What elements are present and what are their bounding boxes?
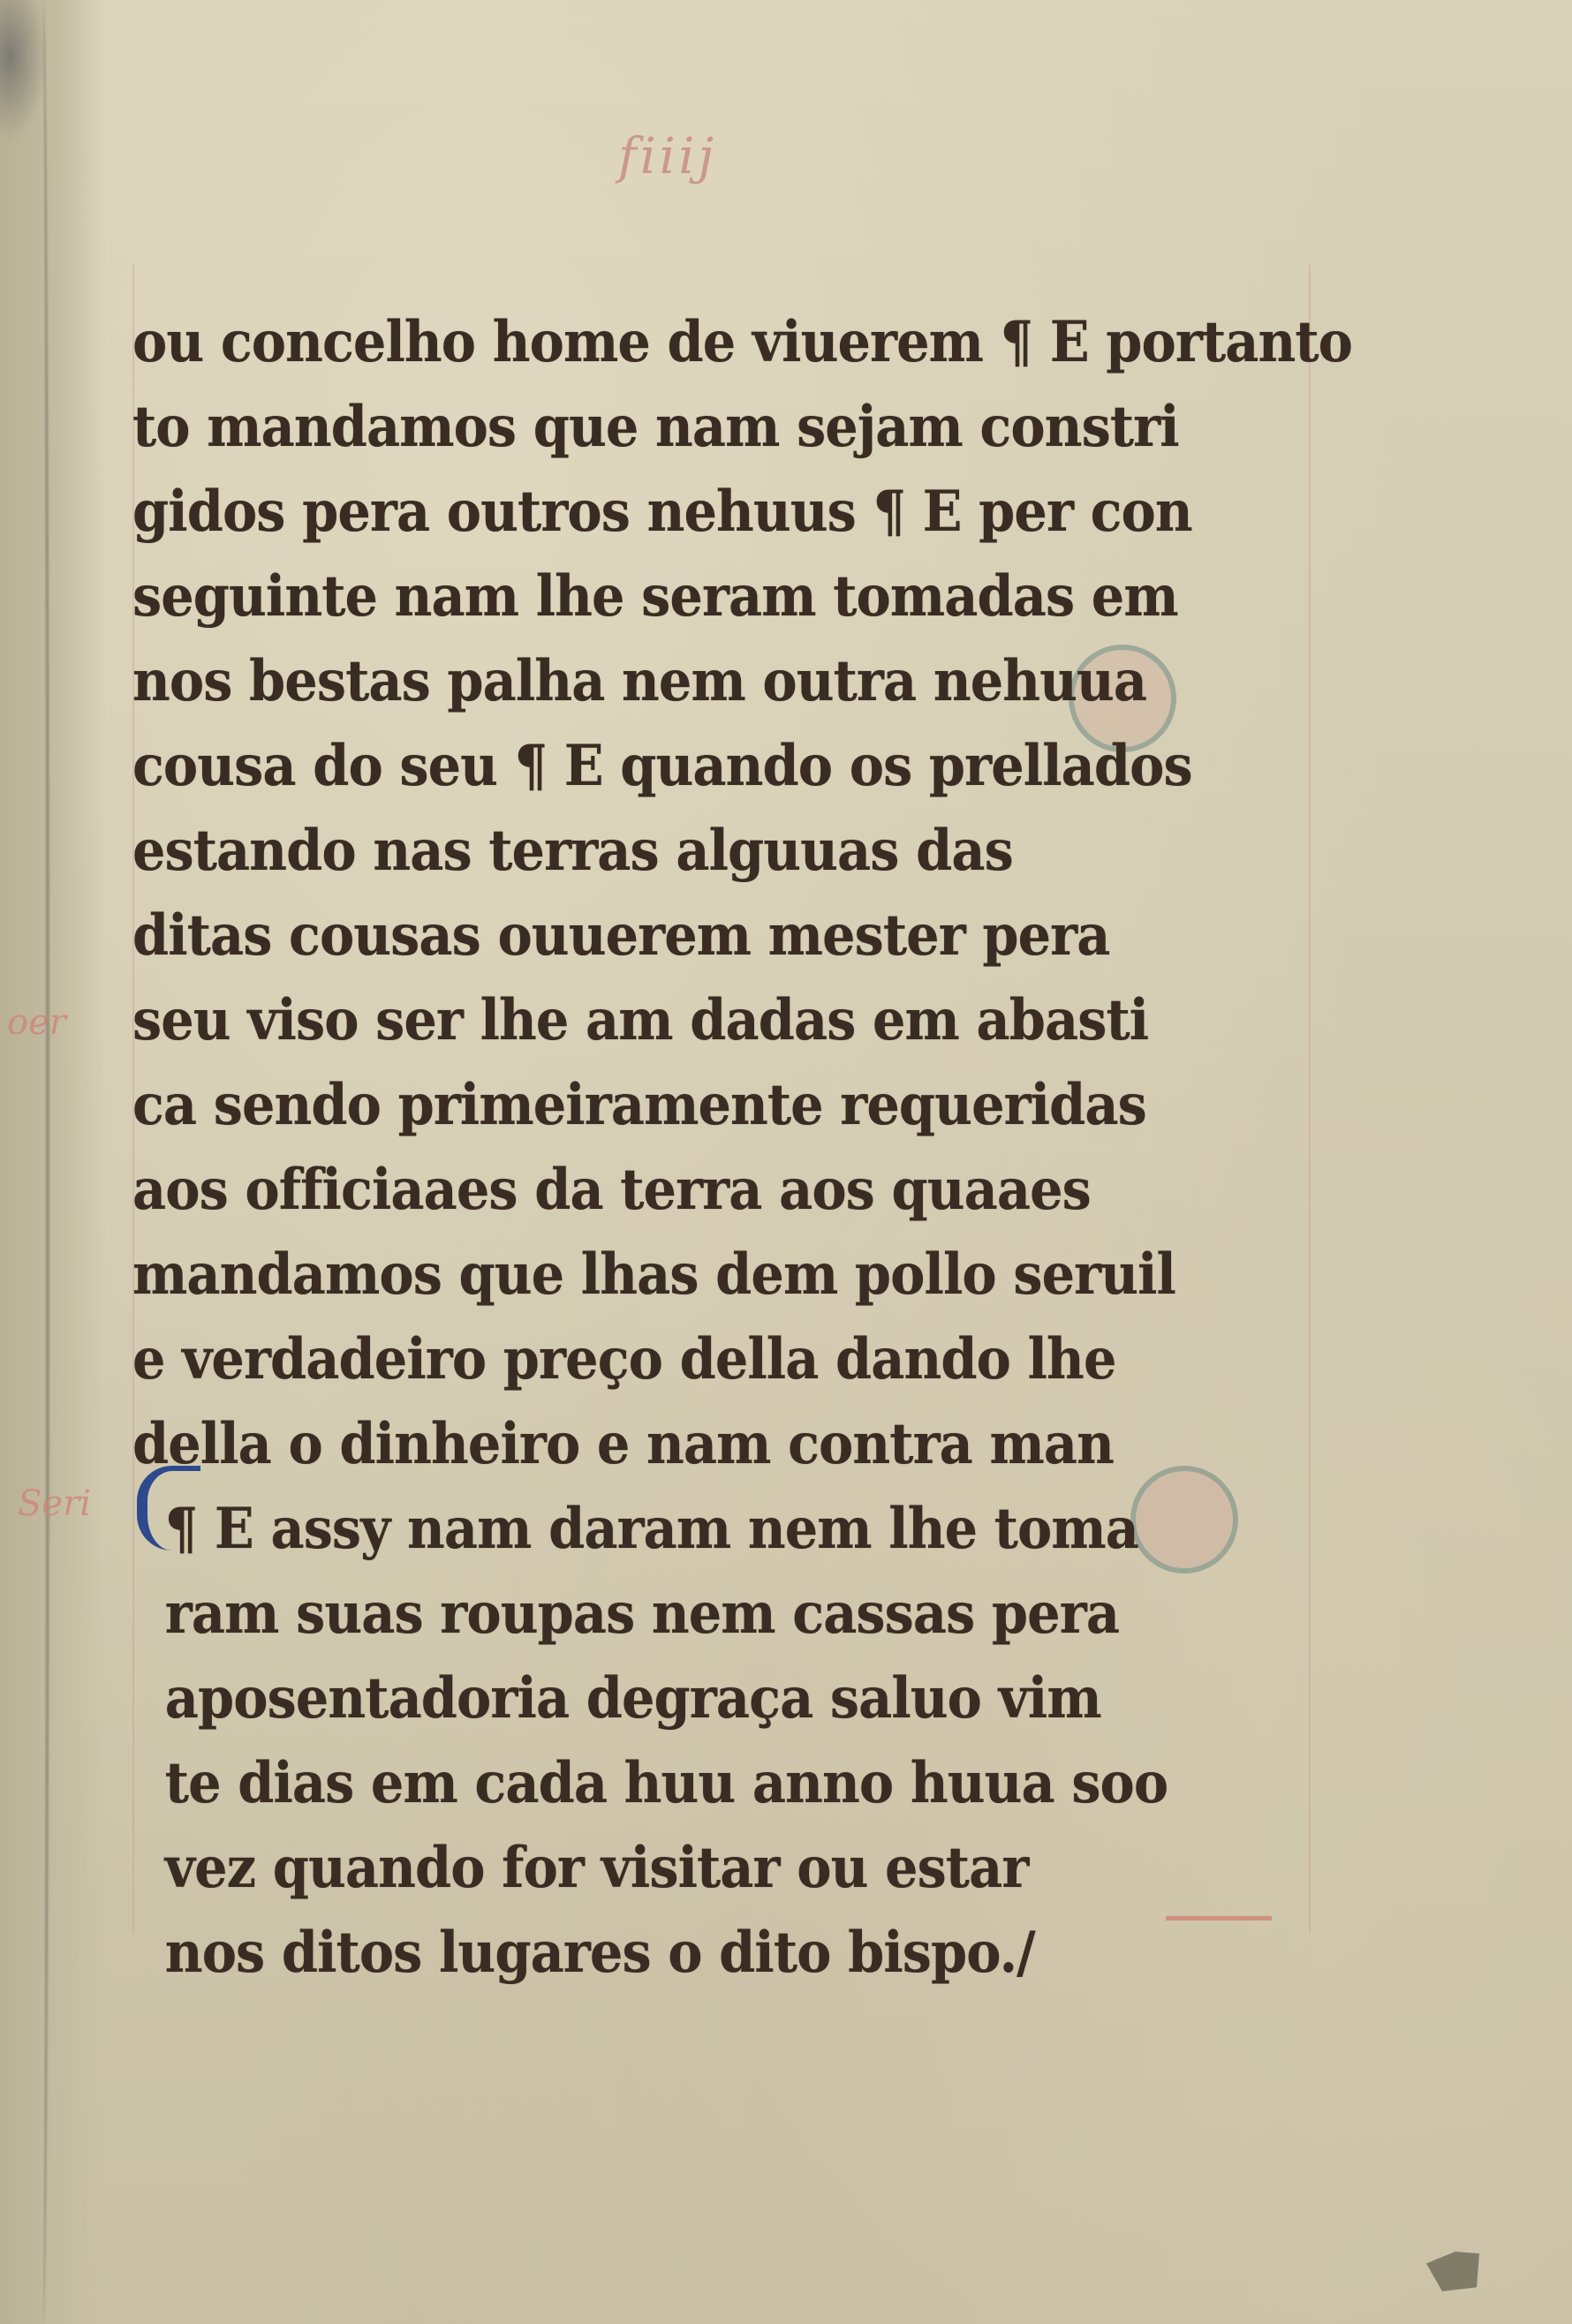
left-margin-note-2: Seri (18, 1483, 91, 1524)
text-line: ou concelho home de viuerem ¶ E portanto (132, 300, 1254, 385)
text-line: mandamos que lhas dem pollo seruil (132, 1233, 1254, 1317)
left-margin-note-1: oer (7, 1002, 66, 1043)
text-line: aposentadoria degraça saluo vim (132, 1656, 1254, 1741)
line-end-filler-red (1166, 1916, 1272, 1920)
text-line: cousa do seu ¶ E quando os prellados (132, 724, 1254, 809)
text-line: ¶ E assy nam daram nem lhe toma (132, 1487, 1254, 1572)
text-line: to mandamos que nam sejam constri (132, 385, 1254, 470)
text-line: nos ditos lugares o dito bispo./ (132, 1911, 1254, 1996)
text-line: ram suas roupas nem cassas pera (132, 1572, 1254, 1656)
binding-edge (0, 0, 106, 2324)
manuscript-page: fiiij oer Seri ou concelho home de viuer… (0, 0, 1572, 2324)
text-line: ditas cousas ouuerem mester pera (132, 894, 1254, 978)
text-line: della o dinheiro e nam contra man (132, 1402, 1254, 1487)
text-line: aos officiaaes da terra aos quaaes (132, 1148, 1254, 1233)
text-line: gidos pera outros nehuus ¶ E per con (132, 470, 1254, 555)
text-line: seu viso ser lhe am dadas em abasti (132, 978, 1254, 1063)
text-line: vez quando for visitar ou estar (132, 1826, 1254, 1911)
text-line: estando nas terras alguuas das (132, 809, 1254, 894)
text-line: te dias em cada huu anno huua soo (132, 1741, 1254, 1826)
corner-tear (1426, 2252, 1479, 2291)
text-line: nos bestas palha nem outra nehuua (132, 639, 1254, 724)
text-block: ou concelho home de viuerem ¶ E portanto… (132, 300, 1351, 1996)
torn-edge-line (34, 0, 49, 2324)
text-line: e verdadeiro preço della dando lhe (132, 1317, 1254, 1402)
text-line: ca sendo primeiramente requeridas (132, 1063, 1254, 1148)
folio-number: fiiij (618, 128, 717, 185)
text-line: seguinte nam lhe seram tomadas em (132, 555, 1254, 639)
